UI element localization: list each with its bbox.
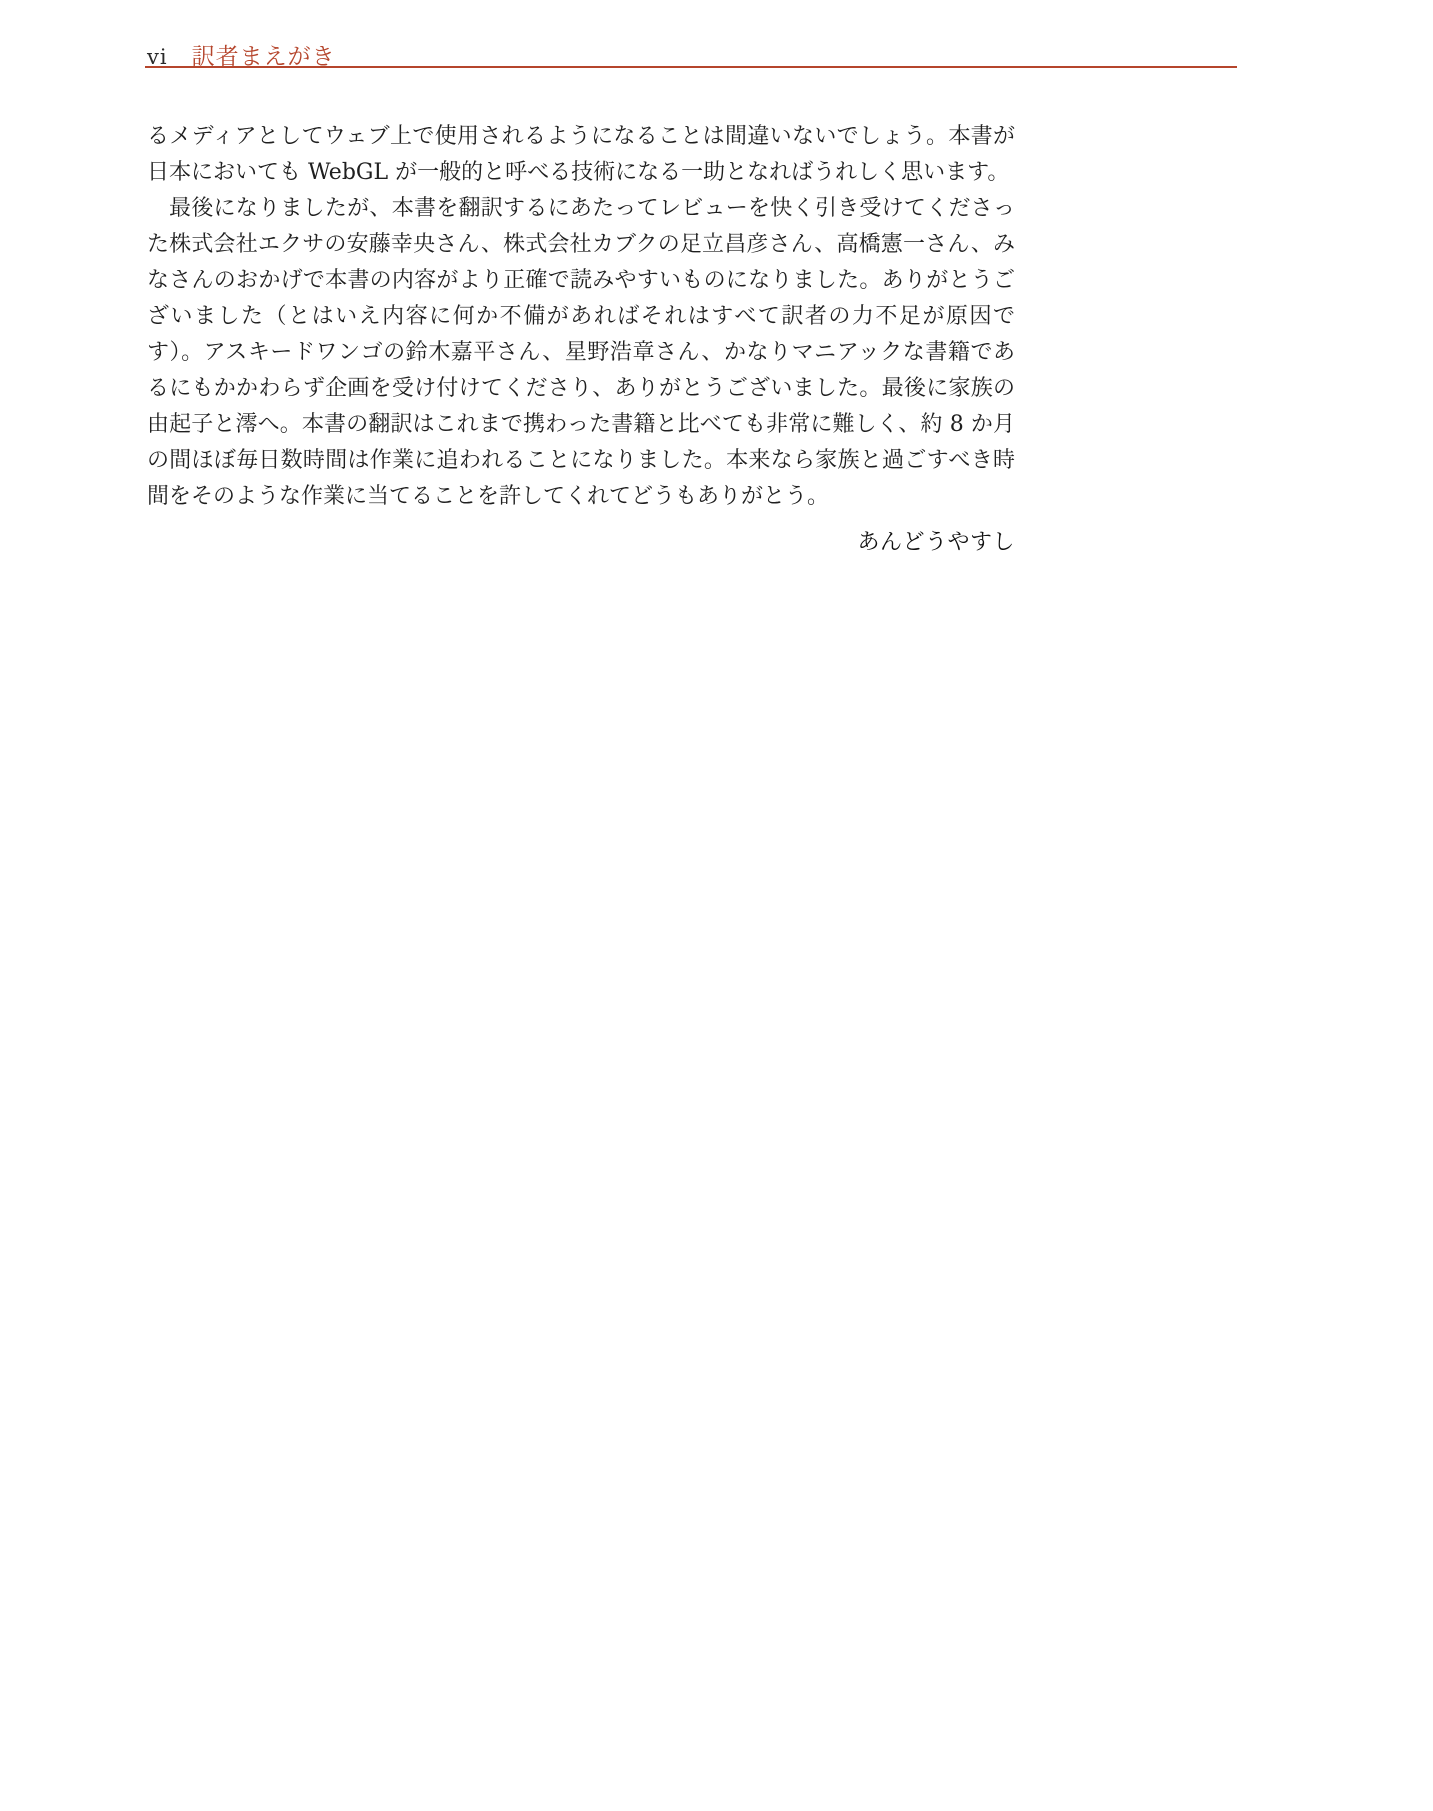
translator-signature: あんどうやすし: [147, 525, 1015, 561]
paragraph-acknowledgements: 最後になりましたが、本書を翻訳するにあたってレビューを快く引き受けてくださった株…: [147, 191, 1015, 515]
page-body: るメディアとしてウェブ上で使用されるようになることは間違いないでしょう。本書が日…: [147, 119, 1015, 561]
header-rule: [145, 66, 1237, 68]
paragraph-continuation: るメディアとしてウェブ上で使用されるようになることは間違いないでしょう。本書が日…: [147, 119, 1015, 191]
book-page: vi 訳者まえがき るメディアとしてウェブ上で使用されるようになることは間違いな…: [0, 0, 1433, 1811]
